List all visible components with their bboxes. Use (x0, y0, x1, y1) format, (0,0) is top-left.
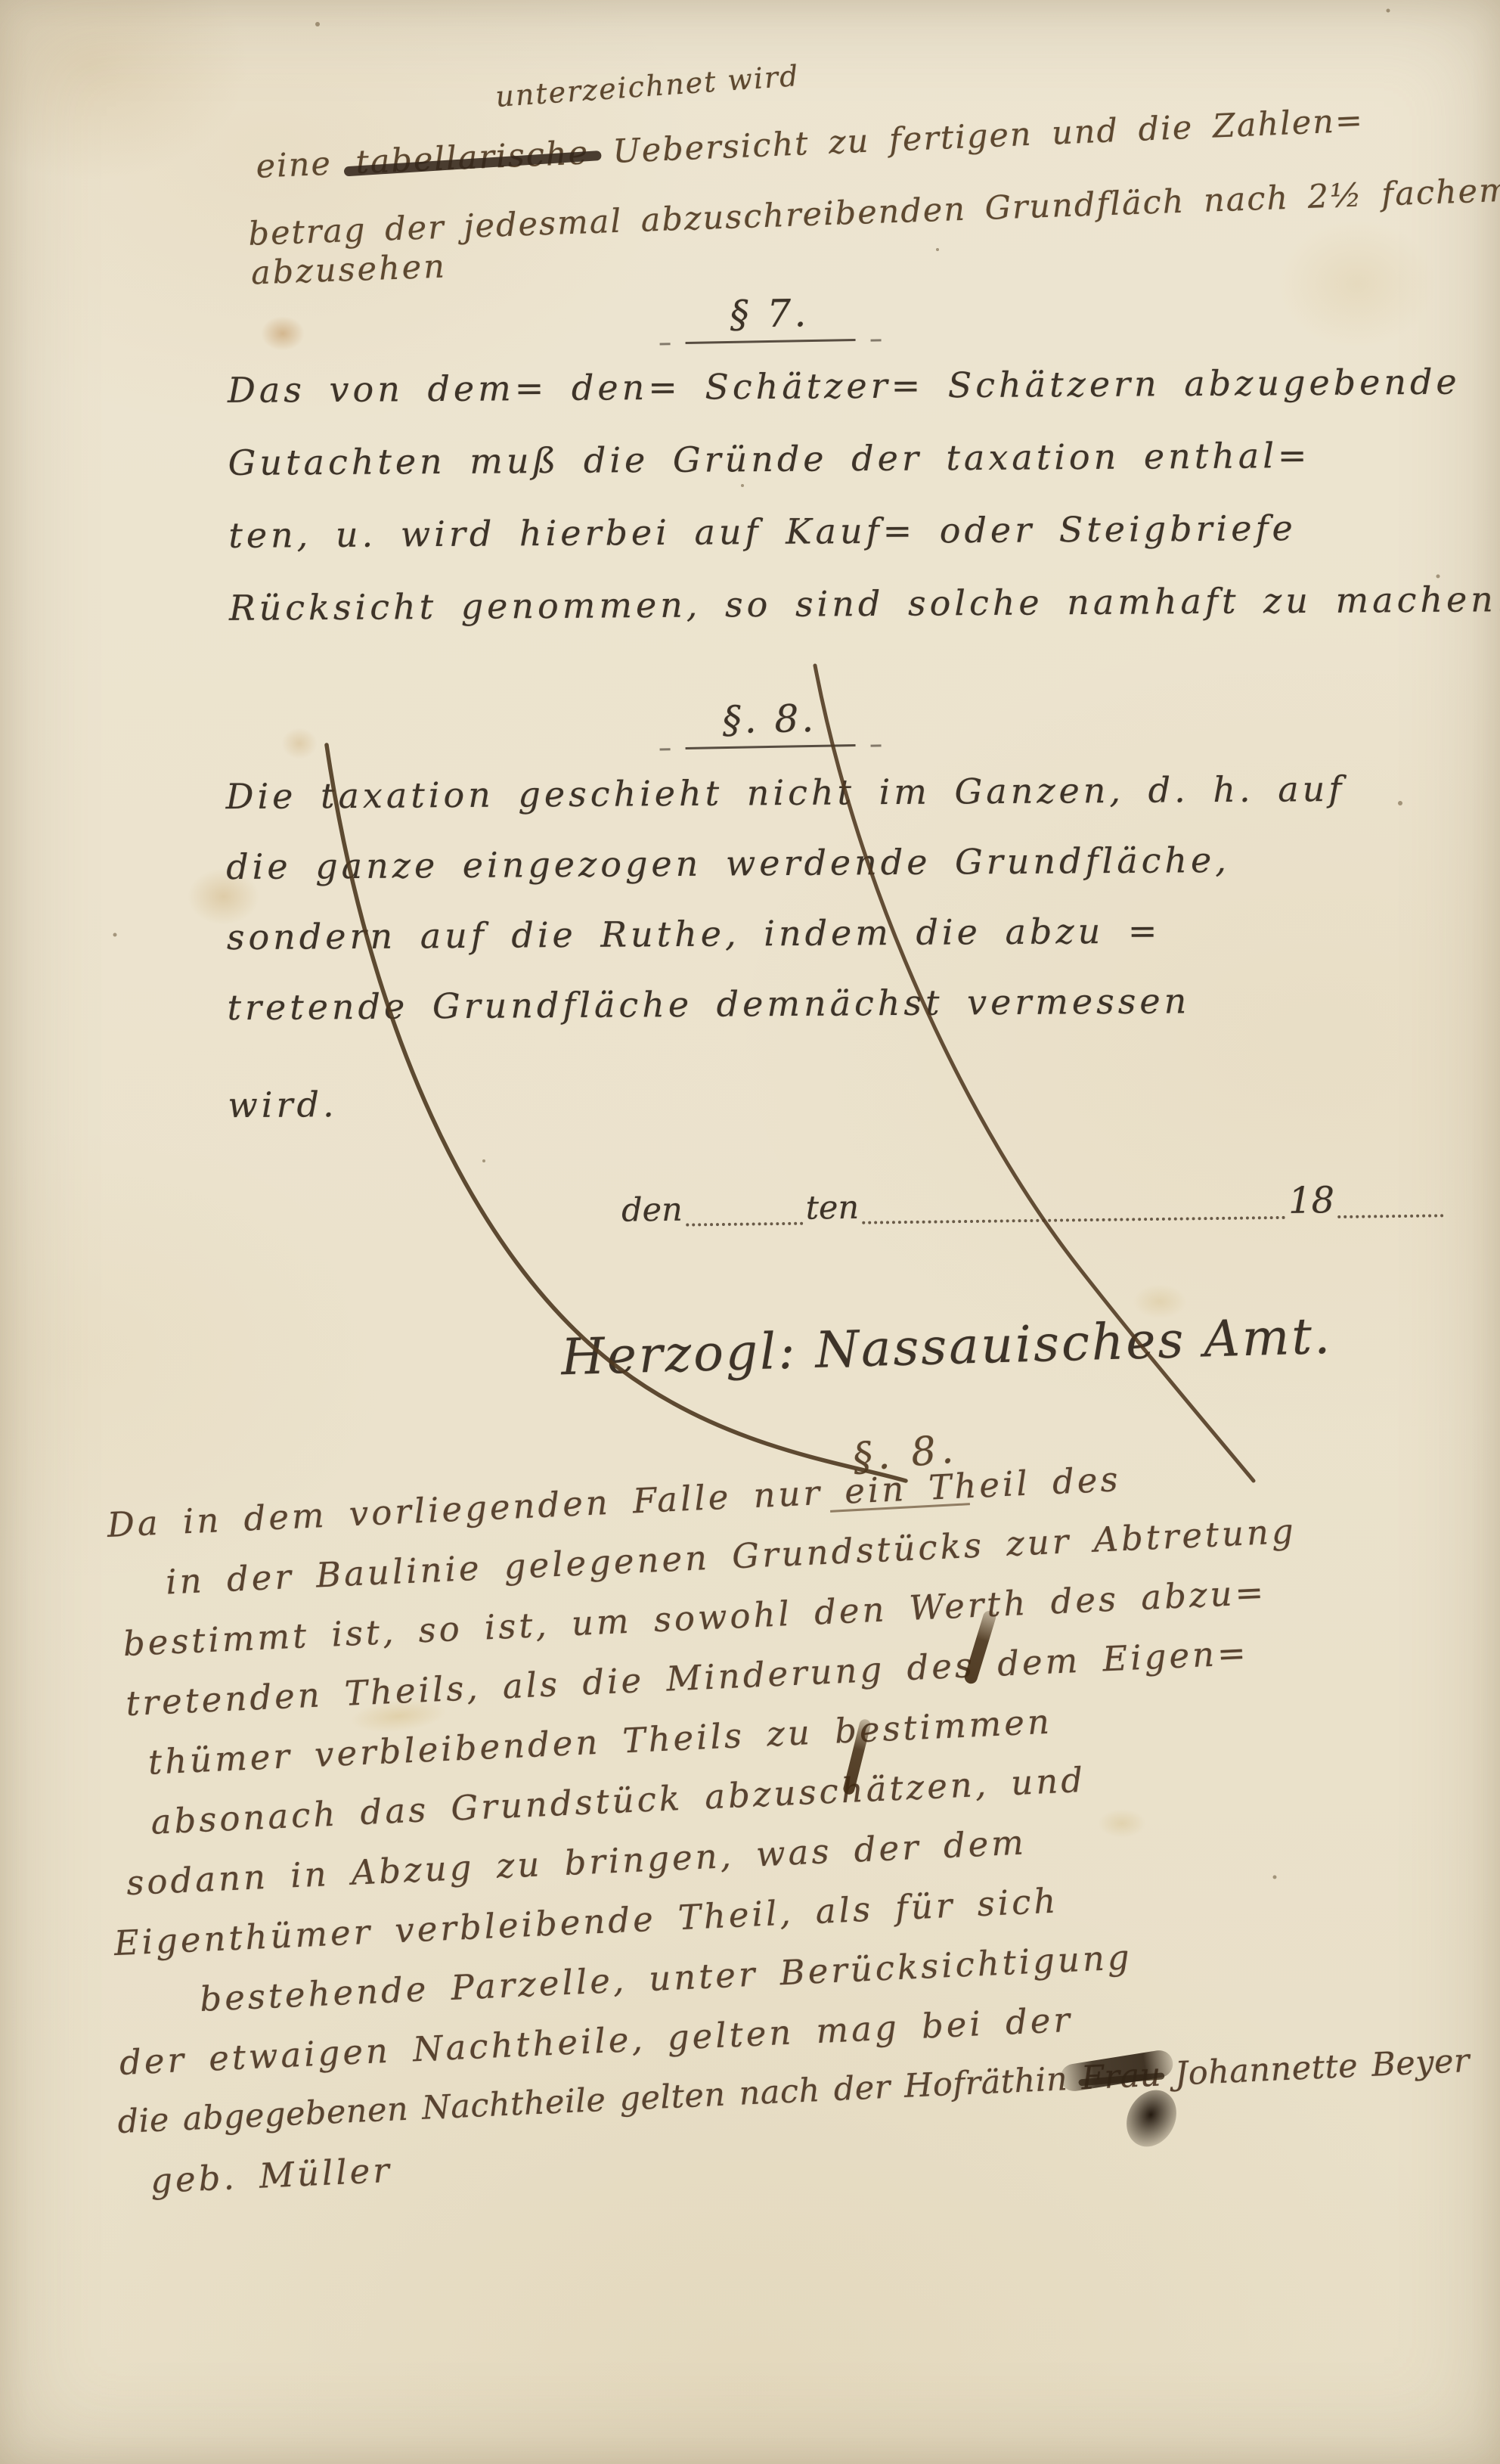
paper-stain (281, 728, 318, 759)
insertion-line-3: abzusehen (250, 247, 447, 292)
manuscript-line: ten, u. wird hierbei auf Kauf= oder Stei… (228, 490, 1500, 572)
dotted-blank (686, 1216, 803, 1227)
date-year: 18 (1288, 1182, 1335, 1219)
dotted-blank (1337, 1208, 1443, 1218)
insertion-line-1: eine tabellarische Uebersicht zu fertige… (256, 101, 1365, 185)
date-mid: ten (805, 1192, 859, 1225)
section-7-paragraph: Das von dem= den= Schätzer= Schätzern ab… (228, 345, 1500, 644)
interline-insertion-note: unterzeichnet wird (494, 59, 801, 113)
date-line: den ten 18 (618, 1181, 1444, 1227)
insertion-line-2: betrag der jedesmal abzuschreibenden Gru… (248, 166, 1500, 253)
date-prefix: den (621, 1194, 683, 1227)
manuscript-line: Die taxation geschieht nicht im Ganzen, … (225, 754, 1345, 832)
manuscript-line: die ganze eingezogen werdende Grundfläch… (226, 824, 1346, 902)
manuscript-line: Das von dem= den= Schätzer= Schätzern ab… (228, 345, 1500, 427)
manuscript-line: wird. (228, 1063, 1347, 1140)
manuscript-line: sondern auf die Ruthe, indem die abzu = (227, 895, 1347, 973)
office-signature: Herzogl: Nassauisches Amt. (560, 1307, 1333, 1386)
insertion-rest: Uebersicht zu fertigen und die Zahlen= (612, 101, 1365, 171)
paper-stain (261, 316, 305, 351)
manuscript-page: { "colors": { "paper": "#ece3ce", "ink_d… (0, 0, 1500, 2464)
paper-stain (1278, 219, 1436, 348)
paper-stain (0, 0, 249, 182)
draft-line-post: Johannette Beyer (1161, 2042, 1471, 2093)
section-8-heading: §. 8. (648, 695, 891, 750)
manuscript-line: Gutachten muß die Gründe der taxation en… (228, 417, 1500, 499)
section-7-heading: § 7. (648, 290, 891, 345)
manuscript-line: Rücksicht genommen, so sind solche namha… (229, 563, 1500, 644)
insertion-word: eine (256, 145, 333, 186)
manuscript-line: tretende Grundfläche demnächst vermessen (227, 965, 1347, 1043)
dotted-blank (862, 1210, 1285, 1224)
struck-word: tabellarische (351, 134, 594, 182)
heading-underline (685, 744, 855, 749)
section-8-label: §. 8. (722, 697, 817, 742)
section-7-label: § 7. (730, 291, 810, 337)
heading-underline (685, 339, 855, 344)
section-8-paragraph: Die taxation geschieht nicht im Ganzen, … (225, 754, 1347, 1140)
draft-annotation-block: Da in dem vorliegenden Falle nur ein The… (89, 1435, 1474, 2212)
